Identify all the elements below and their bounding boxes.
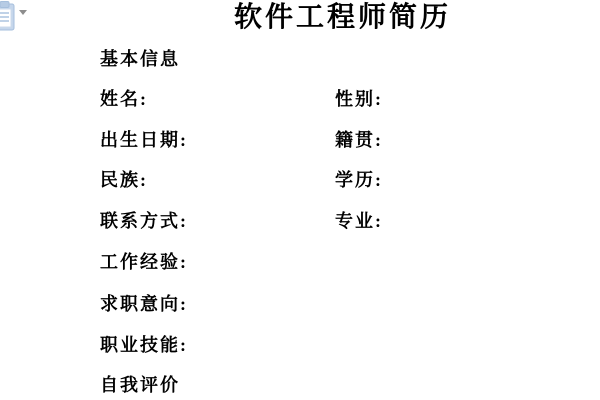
field-label-self-evaluation: 自我评价 — [100, 375, 180, 396]
field-label-professional-skills: 职业技能: — [100, 335, 188, 356]
field-label-job-intention: 求职意向: — [100, 294, 188, 315]
field-label-gender: 性别: — [335, 89, 383, 110]
field-label-hometown: 籍贯: — [335, 130, 383, 151]
field-label-education: 学历: — [335, 170, 383, 191]
field-label-ethnicity: 民族: — [100, 170, 148, 191]
document-page: 软件工程师简历 基本信息 姓名: 性别: 出生日期: 籍贯: 民族: 学历: 联… — [0, 0, 600, 400]
field-label-name: 姓名: — [100, 89, 148, 110]
field-label-major: 专业: — [335, 211, 383, 232]
section-header-basic-info: 基本信息 — [100, 49, 180, 70]
field-label-birthdate: 出生日期: — [100, 130, 188, 151]
document-title: 软件工程师简历 — [234, 2, 451, 34]
clipboard-icon — [0, 1, 16, 31]
dropdown-arrow-icon[interactable] — [19, 10, 27, 15]
field-label-work-experience: 工作经验: — [100, 252, 188, 273]
field-label-contact: 联系方式: — [100, 211, 188, 232]
paste-options-button[interactable] — [0, 1, 34, 33]
